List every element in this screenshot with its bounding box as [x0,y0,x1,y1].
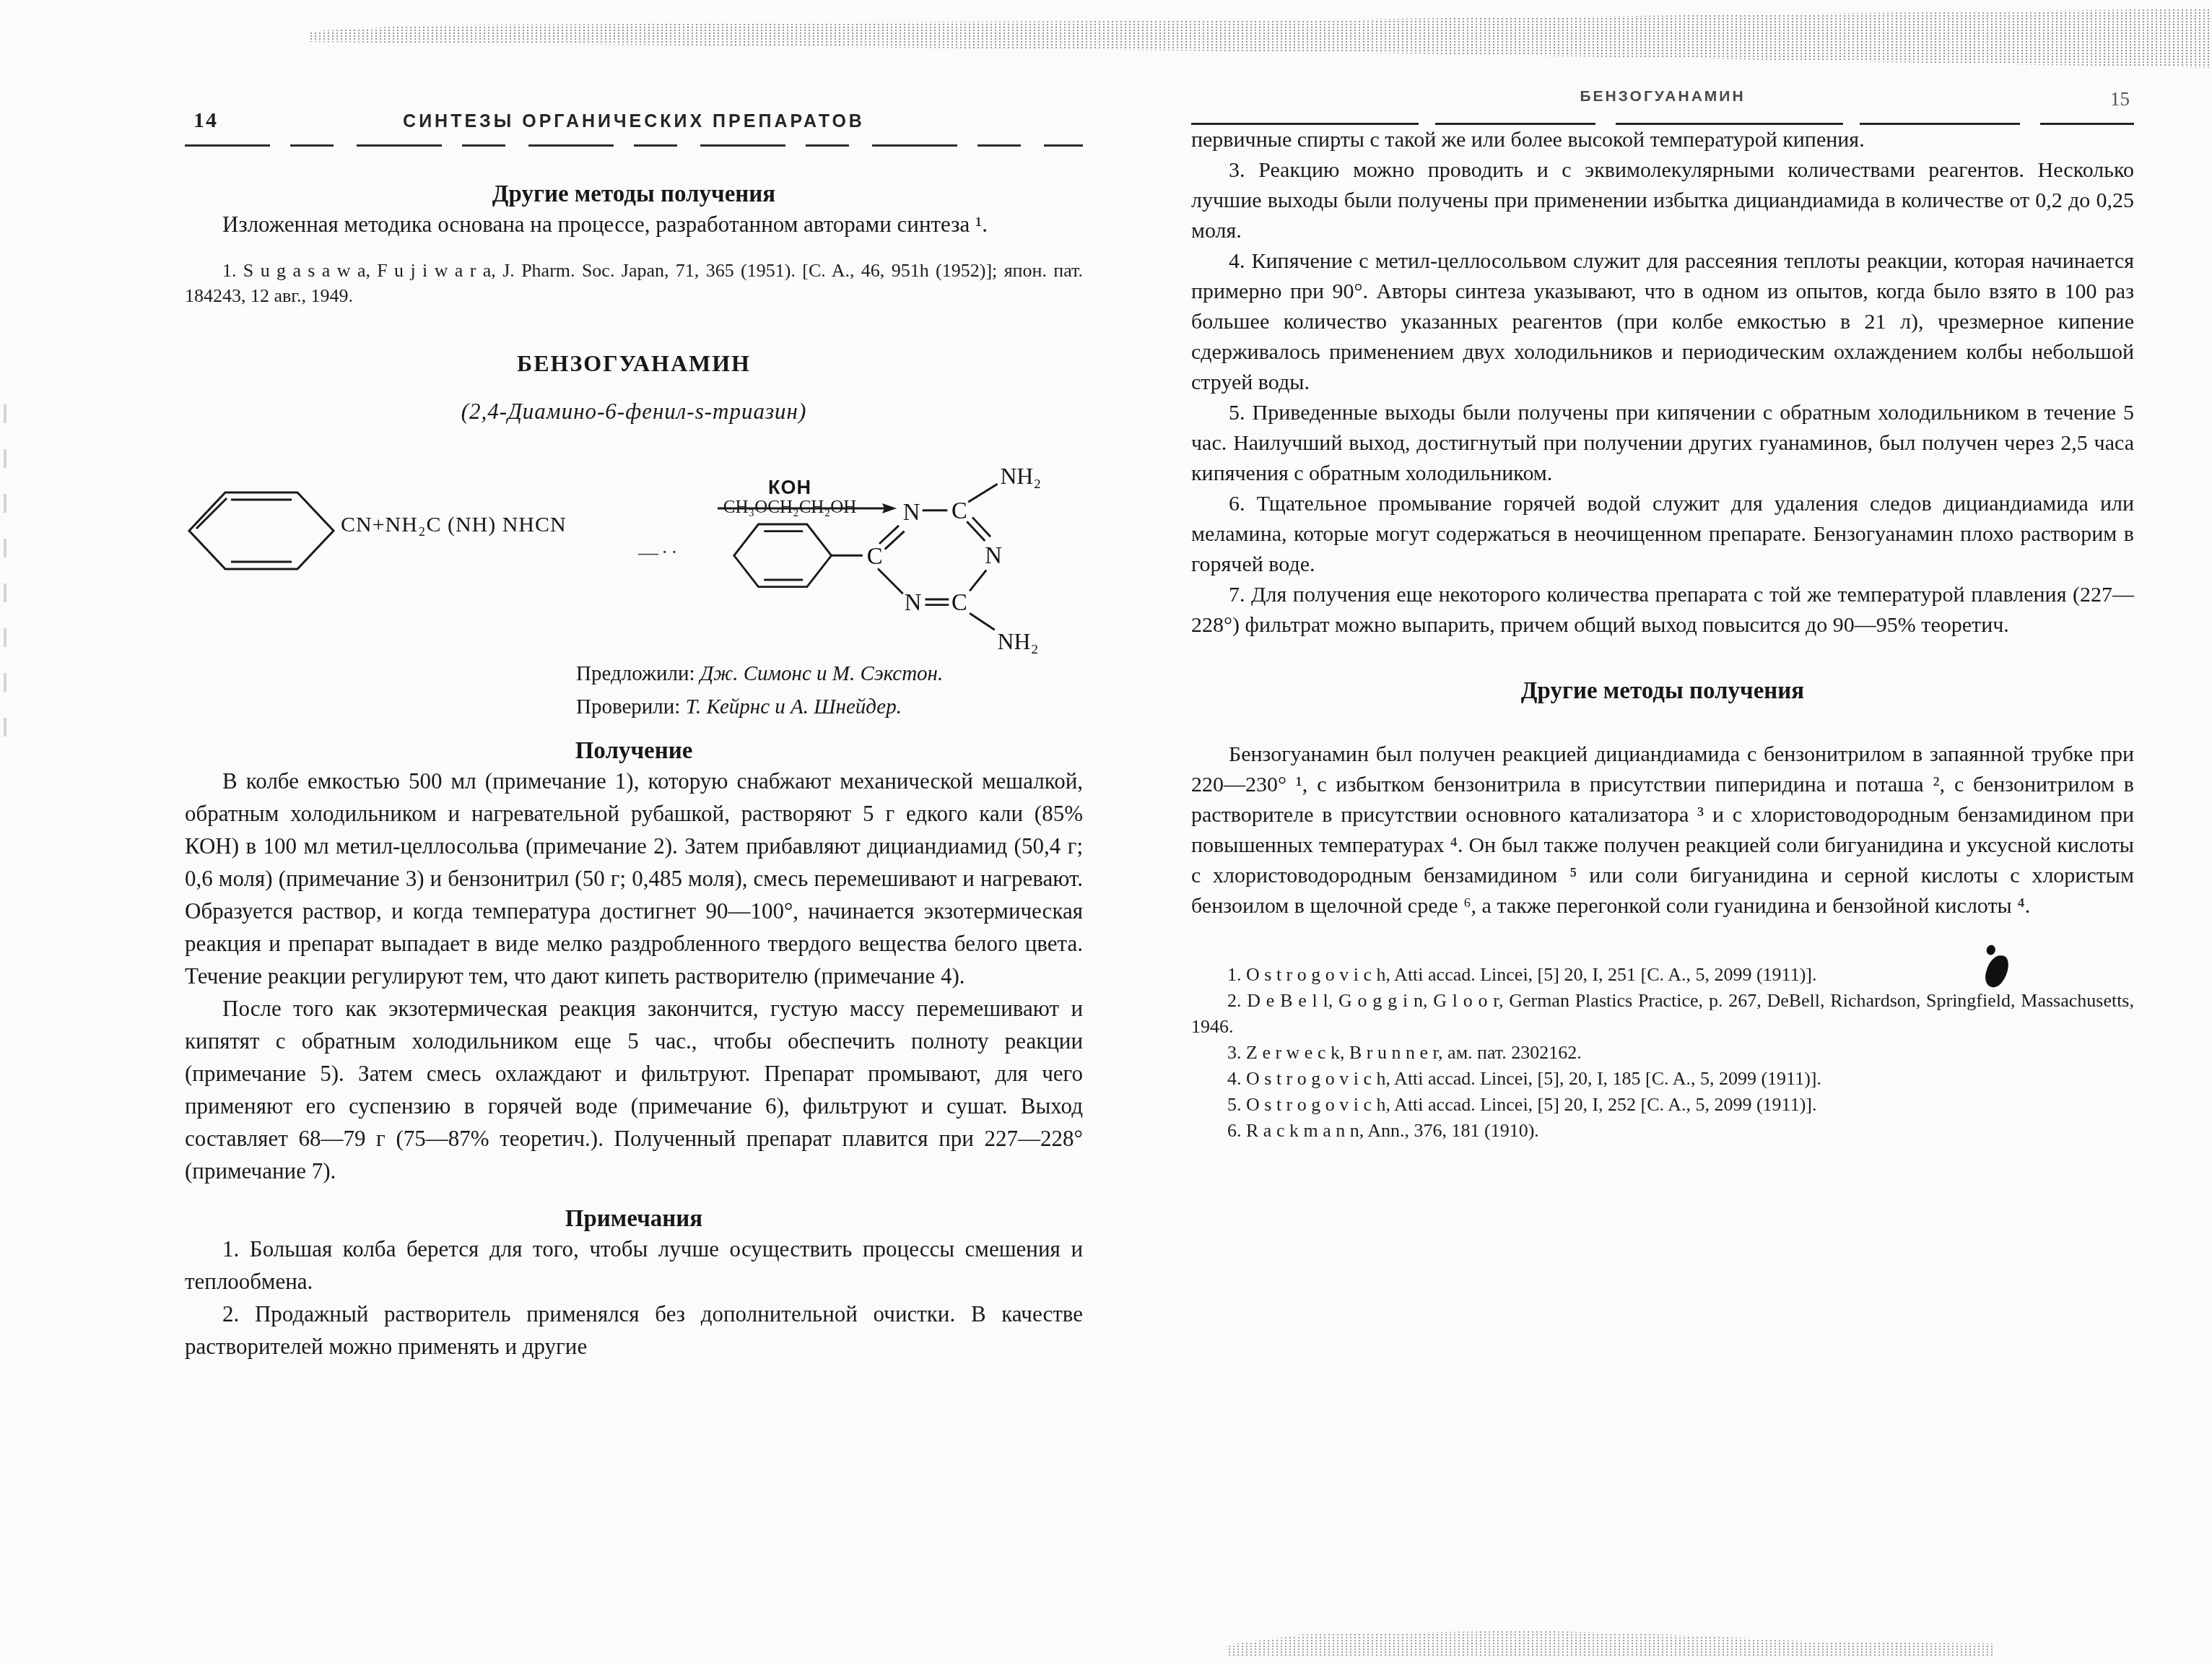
reference-2: 2. D e B e l l, G o g g i n, G l o o r, … [1191,988,2134,1040]
left-running-title: СИНТЕЗЫ ОРГАНИЧЕСКИХ ПРЕПАРАТОВ [185,107,1083,132]
reference-5: 5. O s t r o g o v i c h, Atti accad. Li… [1191,1092,2134,1118]
note-4: 4. Кипячение с метил-целлосольвом служит… [1191,246,2134,398]
scan-noise-bottom [1227,1631,1993,1657]
reference-4: 4. O s t r o g o v i c h, Atti accad. Li… [1191,1066,2134,1092]
compound-title: БЕНЗОГУАНАМИН [185,350,1083,377]
product-structure: C N C NH₂ N N C NH₂ [731,448,1064,656]
left-reference-1: 1. S u g a s a w a, F u j i w a r a, J. … [185,258,1083,308]
reference-3: 3. Z e r w e c k, B r u n n e r, ам. пат… [1191,1040,2134,1066]
proposed-label: Предложили: [576,662,695,685]
heading-preparation: Получение [185,738,1083,765]
heading-other-methods-right: Другие методы получения [1191,678,2134,705]
continuation-paragraph: первичные спирты с такой же или более вы… [1191,125,2134,155]
preparation-paragraph-2: После того как экзотермическая реакция з… [185,992,1083,1187]
reactant-formula: CN+NH₂C (NH) NHCN [341,513,567,537]
checked-by-line: Проверили: Т. Кейрнс и А. Шнейдер. [576,690,1083,724]
left-page: 14 СИНТЕЗЫ ОРГАНИЧЕСКИХ ПРЕПАРАТОВ Други… [185,107,1083,1363]
other-methods-paragraph: Бензогуанамин был получен реакцией дициа… [1191,739,2134,921]
right-running-head: БЕНЗОГУАНАМИН 15 [1191,85,2134,117]
compound-subtitle: (2,4-Диамино-6-фенил-s-триазин) [185,399,1083,425]
proposed-by-line: Предложили: Дж. Симонс и М. Сэкстон. [576,657,1083,690]
note-7: 7. Для получения еще некоторого количест… [1191,580,2134,641]
atom-c-bottom: C [952,590,967,616]
note-3: 3. Реакцию можно проводить и с эквимолек… [1191,155,2134,246]
heading-other-methods: Другие методы получения [185,181,1083,208]
scan-edge-marks [4,404,6,751]
atom-c-ring: C [867,544,883,570]
checked-label: Проверили: [576,695,680,718]
right-page: БЕНЗОГУАНАМИН 15 первичные спирты с тако… [1191,85,2134,1144]
reference-6: 6. R a c k m a n n, Ann., 376, 181 (1910… [1191,1118,2134,1144]
note-1: 1. Большая колба берется для того, чтобы… [185,1233,1083,1298]
intro-paragraph: Изложенная методика основана на процессе… [185,208,1083,240]
proposed-names: Дж. Симонс и М. Сэкстон. [700,662,943,685]
right-running-title: БЕНЗОГУАНАМИН [1191,85,2134,105]
note-5: 5. Приведенные выходы были получены при … [1191,398,2134,489]
checked-names: Т. Кейрнс и А. Шнейдер. [686,695,902,718]
atom-n-bottom: N [905,590,922,616]
preparation-paragraph-1: В колбе емкостью 500 мл (примечание 1), … [185,765,1083,992]
byline: Предложили: Дж. Симонс и М. Сэкстон. Про… [576,657,1083,724]
amine-bottom-label: NH₂ [998,629,1039,654]
heading-notes: Примечания [185,1206,1083,1233]
scan-noise-top [309,9,2212,68]
left-page-number: 14 [193,108,218,133]
atom-c-top: C [952,498,967,524]
note-6: 6. Тщательное промывание горячей водой с… [1191,489,2134,580]
reaction-scheme: CN+NH₂C (NH) NHCN КОН CH₃OCH₂CH₂OH —·· [185,432,1083,648]
references-block: 1. O s t r o g o v i c h, Atti accad. Li… [1191,962,2134,1144]
atom-n-right: N [985,543,1002,569]
benzene-ring-icon [185,484,338,578]
scheme-dash-mark: —·· [638,542,681,565]
left-running-head: 14 СИНТЕЗЫ ОРГАНИЧЕСКИХ ПРЕПАРАТОВ [185,107,1083,139]
right-page-number: 15 [2110,88,2130,110]
atom-n-top: N [903,500,920,526]
amine-top-label: NH₂ [1000,464,1041,489]
note-2: 2. Продажный растворитель применялся без… [185,1298,1083,1363]
left-header-rule [185,144,1083,147]
